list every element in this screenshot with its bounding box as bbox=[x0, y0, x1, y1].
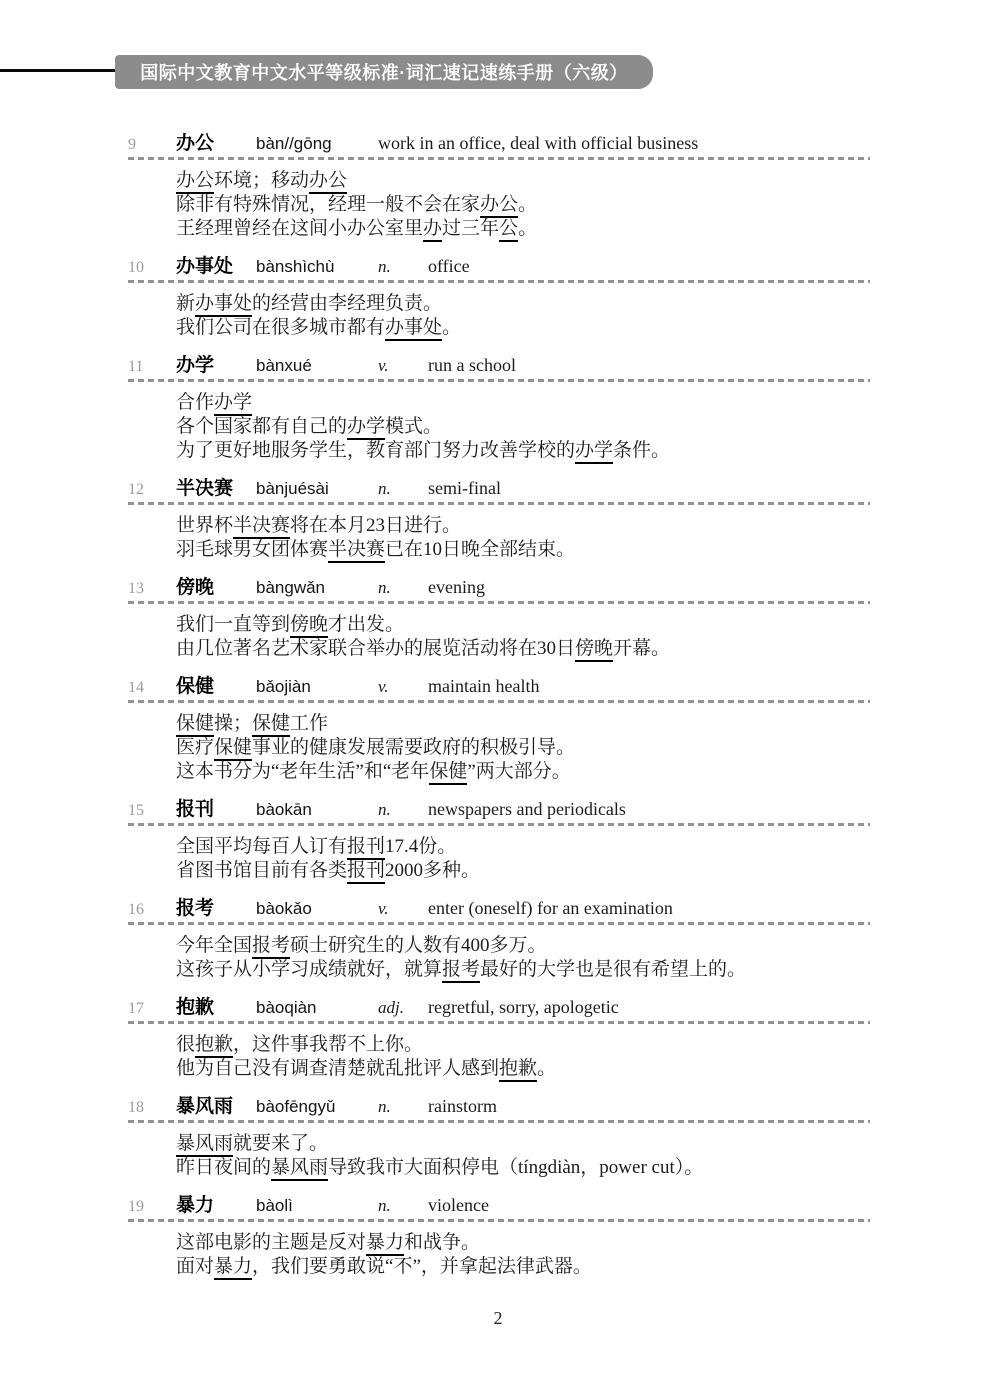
entry-number: 14 bbox=[128, 675, 176, 701]
entry-headline: 14保健bǎojiànv.maintain health bbox=[128, 673, 996, 699]
example-text: 这孩子从小学习成绩就好，就算 bbox=[176, 959, 442, 980]
example-text: 很 bbox=[176, 1034, 195, 1055]
entry-number: 16 bbox=[128, 897, 176, 923]
example-text: 这部电影的主题是反对 bbox=[176, 1232, 366, 1253]
example-text: 医疗 bbox=[176, 737, 214, 758]
example-text: 昨日夜间的 bbox=[176, 1157, 271, 1178]
example-line: 羽毛球男女团体赛半决赛已在10日晚全部结束。 bbox=[176, 538, 996, 562]
entry-pinyin: bànxué bbox=[256, 353, 378, 379]
underlined-term: 办公 bbox=[309, 170, 347, 194]
example-line: 这部电影的主题是反对暴力和战争。 bbox=[176, 1231, 996, 1255]
entry-headline: 13傍晚bàngwǎnn.evening bbox=[128, 574, 996, 600]
underlined-term: 暴风雨 bbox=[176, 1133, 233, 1157]
example-text: 模式。 bbox=[385, 416, 442, 437]
example-text: 和战争。 bbox=[404, 1232, 480, 1253]
example-line: 省图书馆目前有各类报刊2000多种。 bbox=[176, 859, 996, 883]
entry-pos: n. bbox=[378, 254, 428, 280]
entry-pinyin: bàn//gōng bbox=[256, 131, 378, 157]
vocab-entry: 11办学bànxuév.run a school合作办学各个国家都有自己的办学模… bbox=[128, 352, 996, 463]
example-line: 为了更好地服务学生，教育部门努力改善学校的办学条件。 bbox=[176, 439, 996, 463]
entry-headword: 暴风雨 bbox=[176, 1094, 256, 1120]
example-text: 将在本月23日进行。 bbox=[290, 515, 461, 536]
entry-examples: 全国平均每百人订有报刊17.4份。省图书馆目前有各类报刊2000多种。 bbox=[128, 826, 996, 883]
entry-number: 12 bbox=[128, 477, 176, 503]
entry-definition: run a school bbox=[428, 352, 996, 378]
entry-definition: maintain health bbox=[428, 673, 996, 699]
example-line: 他为自己没有调查清楚就乱批评人感到抱歉。 bbox=[176, 1057, 996, 1081]
underlined-term: 办学 bbox=[214, 392, 252, 416]
underlined-term: 公 bbox=[499, 218, 518, 242]
vocab-entry: 17抱歉bàoqiànadj.regretful, sorry, apologe… bbox=[128, 994, 996, 1081]
example-text: 各个国家都有自己的 bbox=[176, 416, 347, 437]
example-text: ”两大部分。 bbox=[467, 761, 570, 782]
entry-headline: 17抱歉bàoqiànadj.regretful, sorry, apologe… bbox=[128, 994, 996, 1020]
example-text: 就要来了。 bbox=[233, 1133, 328, 1154]
example-line: 医疗保健事业的健康发展需要政府的积极引导。 bbox=[176, 736, 996, 760]
example-line: 很抱歉，这件事我帮不上你。 bbox=[176, 1033, 996, 1057]
entry-definition: rainstorm bbox=[428, 1093, 996, 1119]
underlined-term: 办学 bbox=[347, 416, 385, 440]
underlined-term: 傍晚 bbox=[290, 614, 328, 638]
entry-headword: 办事处 bbox=[176, 254, 256, 280]
entry-definition: evening bbox=[428, 574, 996, 600]
entry-number: 10 bbox=[128, 255, 176, 281]
example-text: 为了更好地服务学生，教育部门努力改善学校的 bbox=[176, 440, 575, 461]
example-line: 面对暴力，我们要勇敢说“不”，并拿起法律武器。 bbox=[176, 1255, 996, 1279]
entry-headline: 19暴力bàolìn.violence bbox=[128, 1192, 996, 1218]
vocab-entry: 13傍晚bàngwǎnn.evening我们一直等到傍晚才出发。由几位著名艺术家… bbox=[128, 574, 996, 661]
example-text: 。 bbox=[537, 1058, 556, 1079]
entry-pinyin: bàoqiàn bbox=[256, 995, 378, 1021]
vocab-entry: 9办公bàn//gōngwork in an office, deal with… bbox=[128, 130, 996, 241]
header-banner: 国际中文教育中文水平等级标准·词汇速记速练手册（六级） bbox=[115, 55, 653, 89]
underlined-term: 办学 bbox=[575, 440, 613, 464]
example-text: 过三年 bbox=[442, 218, 499, 239]
entry-pos: n. bbox=[378, 476, 428, 502]
example-text: 这本书分为“老年生活”和“老年 bbox=[176, 761, 429, 782]
example-text: 。 bbox=[518, 194, 537, 215]
underlined-term: 暴风雨 bbox=[271, 1157, 328, 1181]
example-line: 除非有特殊情况，经理一般不会在家办公。 bbox=[176, 193, 996, 217]
underlined-term: 保健 bbox=[252, 713, 290, 737]
entry-number: 9 bbox=[128, 132, 176, 158]
example-line: 合作办学 bbox=[176, 391, 996, 415]
example-text: 才出发。 bbox=[328, 614, 404, 635]
entry-examples: 很抱歉，这件事我帮不上你。他为自己没有调查清楚就乱批评人感到抱歉。 bbox=[128, 1024, 996, 1081]
example-line: 各个国家都有自己的办学模式。 bbox=[176, 415, 996, 439]
entry-headword: 办学 bbox=[176, 353, 256, 379]
entry-examples: 新办事处的经营由李经理负责。我们公司在很多城市都有办事处。 bbox=[128, 283, 996, 340]
entry-headword: 半决赛 bbox=[176, 476, 256, 502]
underlined-term: 报考 bbox=[252, 935, 290, 959]
underlined-term: 暴力 bbox=[366, 1232, 404, 1256]
underlined-term: 保健 bbox=[429, 761, 467, 785]
entry-pos: adj. bbox=[378, 995, 428, 1021]
entry-pos: n. bbox=[378, 575, 428, 601]
entry-examples: 今年全国报考硕士研究生的人数有400多万。这孩子从小学习成绩就好，就算报考最好的… bbox=[128, 925, 996, 982]
entry-headword: 保健 bbox=[176, 674, 256, 700]
example-line: 这本书分为“老年生活”和“老年保健”两大部分。 bbox=[176, 760, 996, 784]
entry-definition: regretful, sorry, apologetic bbox=[428, 994, 996, 1020]
example-text: 环境；移动 bbox=[214, 170, 309, 191]
example-text: 全国平均每百人订有 bbox=[176, 836, 347, 857]
entry-headword: 傍晚 bbox=[176, 575, 256, 601]
entry-pinyin: bànshìchù bbox=[256, 254, 378, 280]
entry-examples: 这部电影的主题是反对暴力和战争。面对暴力，我们要勇敢说“不”，并拿起法律武器。 bbox=[128, 1222, 996, 1279]
underlined-term: 办公 bbox=[480, 194, 518, 218]
entry-definition: work in an office, deal with official bu… bbox=[378, 130, 996, 156]
example-text: 合作 bbox=[176, 392, 214, 413]
entry-examples: 世界杯半决赛将在本月23日进行。羽毛球男女团体赛半决赛已在10日晚全部结束。 bbox=[128, 505, 996, 562]
entry-pos: n. bbox=[378, 1094, 428, 1120]
example-text: 我们公司在很多城市都有 bbox=[176, 317, 385, 338]
underlined-term: 保健 bbox=[214, 737, 252, 761]
entry-definition: newspapers and periodicals bbox=[428, 796, 996, 822]
entry-number: 17 bbox=[128, 996, 176, 1022]
example-text: 羽毛球男女团体赛 bbox=[176, 539, 328, 560]
entry-examples: 保健操；保健工作医疗保健事业的健康发展需要政府的积极引导。这本书分为“老年生活”… bbox=[128, 703, 996, 784]
vocab-entry: 19暴力bàolìn.violence这部电影的主题是反对暴力和战争。面对暴力，… bbox=[128, 1192, 996, 1279]
entry-headline: 9办公bàn//gōngwork in an office, deal with… bbox=[128, 130, 996, 156]
underlined-term: 保健 bbox=[176, 713, 214, 737]
entry-pinyin: bàokǎo bbox=[256, 896, 378, 922]
example-text: ，我们要勇敢说“不”，并拿起法律武器。 bbox=[252, 1256, 592, 1277]
vocab-entry: 14保健bǎojiànv.maintain health保健操；保健工作医疗保健… bbox=[128, 673, 996, 784]
entry-headline: 16报考bàokǎov.enter (oneself) for an exami… bbox=[128, 895, 996, 921]
entry-definition: office bbox=[428, 253, 996, 279]
example-text: 。 bbox=[518, 218, 537, 239]
example-line: 由几位著名艺术家联合举办的展览活动将在30日傍晚开幕。 bbox=[176, 637, 996, 661]
example-text: 工作 bbox=[290, 713, 328, 734]
entry-definition: violence bbox=[428, 1192, 996, 1218]
entry-pinyin: bàngwǎn bbox=[256, 575, 378, 601]
example-line: 保健操；保健工作 bbox=[176, 712, 996, 736]
vocab-entry: 12半决赛bànjuésàin.semi-final世界杯半决赛将在本月23日进… bbox=[128, 475, 996, 562]
entry-examples: 暴风雨就要来了。昨日夜间的暴风雨导致我市大面积停电（tíngdiàn，power… bbox=[128, 1123, 996, 1180]
entry-pos: n. bbox=[378, 1193, 428, 1219]
example-text: 硕士研究生的人数有400多万。 bbox=[290, 935, 547, 956]
entry-pos: v. bbox=[378, 896, 428, 922]
header-rule-line bbox=[0, 69, 117, 72]
example-line: 我们一直等到傍晚才出发。 bbox=[176, 613, 996, 637]
entry-headline: 18暴风雨bàofēngyǔn.rainstorm bbox=[128, 1093, 996, 1119]
example-text: 新 bbox=[176, 293, 195, 314]
underlined-term: 抱歉 bbox=[499, 1058, 537, 1082]
example-text: 王经理曾经在这间小办公室里 bbox=[176, 218, 423, 239]
example-text: 条件。 bbox=[613, 440, 670, 461]
example-text: 由几位著名艺术家联合举办的展览活动将在30日 bbox=[176, 638, 575, 659]
underlined-term: 报刊 bbox=[347, 860, 385, 884]
example-line: 这孩子从小学习成绩就好，就算报考最好的大学也是很有希望上的。 bbox=[176, 958, 996, 982]
entry-pinyin: bàolì bbox=[256, 1193, 378, 1219]
underlined-term: 办事处 bbox=[385, 317, 442, 341]
vocab-entry: 16报考bàokǎov.enter (oneself) for an exami… bbox=[128, 895, 996, 982]
entry-headline: 12半决赛bànjuésàin.semi-final bbox=[128, 475, 996, 501]
entry-headword: 报考 bbox=[176, 896, 256, 922]
underlined-term: 半决赛 bbox=[328, 539, 385, 563]
example-line: 昨日夜间的暴风雨导致我市大面积停电（tíngdiàn，power cut）。 bbox=[176, 1156, 996, 1180]
example-text: 今年全国 bbox=[176, 935, 252, 956]
example-line: 新办事处的经营由李经理负责。 bbox=[176, 292, 996, 316]
example-line: 我们公司在很多城市都有办事处。 bbox=[176, 316, 996, 340]
entry-examples: 办公环境；移动办公除非有特殊情况，经理一般不会在家办公。王经理曾经在这间小办公室… bbox=[128, 160, 996, 241]
entry-headword: 抱歉 bbox=[176, 995, 256, 1021]
underlined-term: 抱歉 bbox=[195, 1034, 233, 1058]
entry-pinyin: bàofēngyǔ bbox=[256, 1094, 378, 1120]
underlined-term: 报刊 bbox=[347, 836, 385, 860]
entry-headline: 10办事处bànshìchùn.office bbox=[128, 253, 996, 279]
example-text: 他为自己没有调查清楚就乱批评人感到 bbox=[176, 1058, 499, 1079]
example-text: 省图书馆目前有各类 bbox=[176, 860, 347, 881]
underlined-term: 办公 bbox=[176, 170, 214, 194]
example-text: 操； bbox=[214, 713, 252, 734]
example-text: 开幕。 bbox=[613, 638, 670, 659]
entry-headword: 报刊 bbox=[176, 797, 256, 823]
example-text: 已在10日晚全部结束。 bbox=[385, 539, 575, 560]
entry-pinyin: bǎojiàn bbox=[256, 674, 378, 700]
entry-pos: v. bbox=[378, 353, 428, 379]
entry-number: 19 bbox=[128, 1194, 176, 1220]
vocab-entry: 15报刊bàokānn.newspapers and periodicals全国… bbox=[128, 796, 996, 883]
entry-headline: 11办学bànxuév.run a school bbox=[128, 352, 996, 378]
entry-number: 15 bbox=[128, 798, 176, 824]
entry-pos: n. bbox=[378, 797, 428, 823]
underlined-term: 傍晚 bbox=[575, 638, 613, 662]
example-line: 暴风雨就要来了。 bbox=[176, 1132, 996, 1156]
vocab-entry: 18暴风雨bàofēngyǔn.rainstorm暴风雨就要来了。昨日夜间的暴风… bbox=[128, 1093, 996, 1180]
example-text: 的经营由李经理负责。 bbox=[252, 293, 442, 314]
example-line: 世界杯半决赛将在本月23日进行。 bbox=[176, 514, 996, 538]
example-text: 17.4份。 bbox=[385, 836, 456, 857]
underlined-term: 半决赛 bbox=[233, 515, 290, 539]
vocab-entry: 10办事处bànshìchùn.office新办事处的经营由李经理负责。我们公司… bbox=[128, 253, 996, 340]
entry-examples: 我们一直等到傍晚才出发。由几位著名艺术家联合举办的展览活动将在30日傍晚开幕。 bbox=[128, 604, 996, 661]
entry-pos: v. bbox=[378, 674, 428, 700]
underlined-term: 办事处 bbox=[195, 293, 252, 317]
underlined-term: 办 bbox=[423, 218, 442, 242]
underlined-term: 报考 bbox=[442, 959, 480, 983]
entry-examples: 合作办学各个国家都有自己的办学模式。为了更好地服务学生，教育部门努力改善学校的办… bbox=[128, 382, 996, 463]
entry-number: 18 bbox=[128, 1095, 176, 1121]
example-text: 2000多种。 bbox=[385, 860, 480, 881]
entry-pinyin: bànjuésài bbox=[256, 476, 378, 502]
example-text: 世界杯 bbox=[176, 515, 233, 536]
example-text: 最好的大学也是很有希望上的。 bbox=[480, 959, 746, 980]
example-text: 导致我市大面积停电（tíngdiàn，power cut）。 bbox=[328, 1157, 703, 1178]
underlined-term: 暴力 bbox=[214, 1256, 252, 1280]
entry-headline: 15报刊bàokānn.newspapers and periodicals bbox=[128, 796, 996, 822]
entry-number: 11 bbox=[128, 354, 176, 380]
example-text: 事业的健康发展需要政府的积极引导。 bbox=[252, 737, 575, 758]
entry-pinyin: bàokān bbox=[256, 797, 378, 823]
page-number: 2 bbox=[0, 1308, 996, 1329]
book-page: 国际中文教育中文水平等级标准·词汇速记速练手册（六级） 9办公bàn//gōng… bbox=[0, 0, 996, 1400]
entry-definition: enter (oneself) for an examination bbox=[428, 895, 996, 921]
entry-headword: 暴力 bbox=[176, 1193, 256, 1219]
example-line: 今年全国报考硕士研究生的人数有400多万。 bbox=[176, 934, 996, 958]
example-text: 面对 bbox=[176, 1256, 214, 1277]
entry-headword: 办公 bbox=[176, 131, 256, 157]
example-line: 全国平均每百人订有报刊17.4份。 bbox=[176, 835, 996, 859]
example-text: ，这件事我帮不上你。 bbox=[233, 1034, 423, 1055]
example-text: 。 bbox=[442, 317, 461, 338]
example-text: 我们一直等到 bbox=[176, 614, 290, 635]
vocabulary-entry-list: 9办公bàn//gōngwork in an office, deal with… bbox=[0, 130, 996, 1291]
entry-number: 13 bbox=[128, 576, 176, 602]
example-line: 办公环境；移动办公 bbox=[176, 169, 996, 193]
entry-definition: semi-final bbox=[428, 475, 996, 501]
example-line: 王经理曾经在这间小办公室里办过三年公。 bbox=[176, 217, 996, 241]
example-text: 除非有特殊情况，经理一般不会在家 bbox=[176, 194, 480, 215]
